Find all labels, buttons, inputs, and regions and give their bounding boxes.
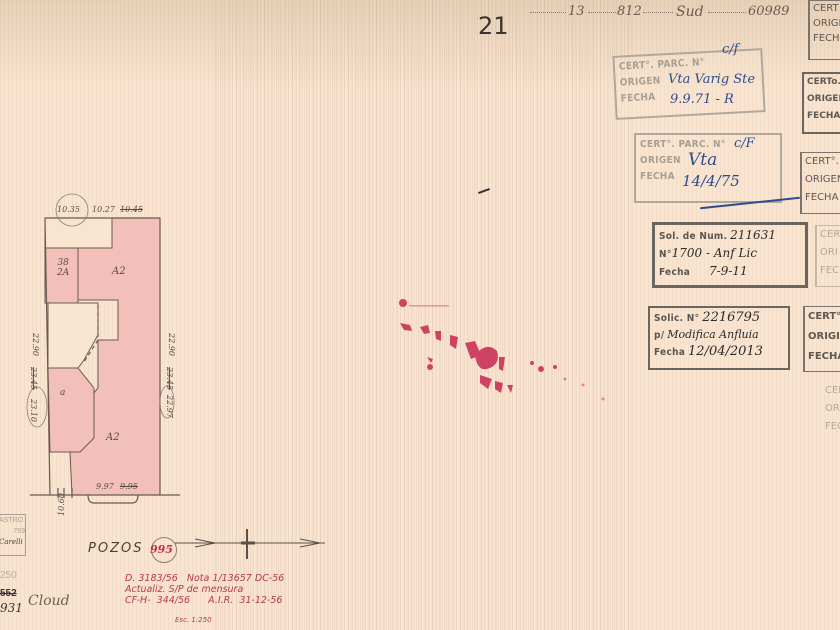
dim-bottom: 9.97 (96, 482, 114, 491)
handwritten-value: 211631 (730, 228, 776, 242)
stamp-line: FECHA (825, 418, 840, 436)
stamp-label: p/ (654, 330, 664, 341)
signature: Cloud (28, 593, 70, 609)
stamp-line: ORIGE (813, 16, 840, 31)
handwritten-value: 12/04/2013 (688, 344, 763, 359)
margin-number-struck: 552 (0, 588, 17, 599)
handwritten-value: 2216795 (702, 310, 760, 325)
edge-stamp: CERT°. ORIGEN FECHA (800, 152, 840, 214)
dotted-leader (588, 12, 616, 13)
street-number: 995 (150, 543, 173, 556)
area-label-a: a (60, 388, 65, 398)
stamp-line: CERT°. P (825, 382, 840, 400)
margin-number: 250 (0, 570, 17, 581)
stamp-line: ORIGI (808, 327, 840, 347)
handwritten-note: Vta (688, 150, 717, 170)
margin-stamp: ASTRO 769 Carelli (0, 514, 26, 556)
handwritten-value: Modifica Anfluia (667, 328, 759, 341)
edge-stamp: CERT ORIGE FECH (808, 0, 840, 60)
dim-right-circled: 22.97 (165, 395, 174, 418)
area-label-a2-lower: A2 (106, 432, 120, 443)
dim-top-struck: 10.45 (120, 205, 143, 214)
header-ref-c: Sud (676, 4, 704, 20)
note-line-1: D. 3183/56 Nota 1/13657 DC-56 (125, 573, 284, 584)
lot-plan-drawing (20, 190, 220, 530)
dim-top-circled: 10.35 (57, 205, 80, 214)
stamp-line: CERT (820, 226, 840, 244)
stamp-line: ORIGEN (805, 171, 840, 189)
dotted-leader (708, 12, 746, 13)
dim-right-upper: 22.90 (167, 333, 176, 356)
dim-bottom-struck: 9.95 (120, 482, 138, 491)
note-line-3: CF-H- 344/56 A.I.R. 31-12-56 (125, 595, 284, 606)
area-label-small: 38 2A (57, 258, 69, 278)
stamp-label: Fecha (659, 267, 690, 278)
margin-number: 931 (0, 601, 23, 615)
header-ref-d: 60989 (748, 4, 789, 19)
handwritten-date: 9.9.71 - R (670, 92, 734, 107)
solic-stamp: Solic. N° 2216795 p/ Modifica Anfluia Fe… (648, 306, 790, 370)
stamp-line: ORIGEN (825, 400, 840, 418)
sol-num-stamp: Sol. de Num. 211631 N°1700 - Anf Lic Fec… (652, 222, 808, 288)
stamp-line: CERT°. (808, 307, 840, 327)
stamp-line: FECHA (807, 108, 840, 125)
dim-left-upper: 22.90 (31, 333, 40, 356)
stamp-line: ORI (820, 244, 840, 262)
dim-left-struck: 23.45 (29, 367, 38, 390)
area-label-a2-upper: A2 (112, 266, 126, 277)
dim-top-current: 10.27 (92, 205, 115, 214)
note-line-2: Actualiz. S/P de mensura (125, 584, 284, 595)
handwritten-note: c/f (722, 42, 738, 57)
stamp-line: ASTRO (0, 515, 25, 526)
stamp-label: Solic. N° (654, 313, 699, 324)
dim-left-circled: 23.10 (29, 399, 38, 422)
dim-bottom-left: 10.60 (57, 493, 66, 516)
stamp-line: FECHA (805, 189, 840, 207)
stamp-label: Fecha (654, 347, 685, 358)
stamp-line: FECHA (808, 347, 840, 367)
red-smear-stamp (395, 295, 615, 405)
stamp-line: 769 (0, 526, 25, 537)
edge-stamp: CERT°. P ORIGEN FECHA (822, 382, 840, 444)
street-axis-arrows (175, 527, 335, 561)
edge-stamp: CERTo. P ORIGEN FECHA (802, 72, 840, 134)
header-ref-a: 13 (568, 4, 585, 19)
edge-stamp: CERT ORI FEC (815, 225, 840, 287)
survey-notes: D. 3183/56 Nota 1/13657 DC-56Actualiz. S… (125, 573, 284, 606)
handwritten-value: 7-9-11 (709, 264, 748, 278)
street-name: POZOS (88, 541, 143, 556)
handwritten-note: Vta Varig Ste (668, 72, 755, 87)
handwritten-date: 14/4/75 (682, 172, 740, 190)
stamp-line: FECH (813, 31, 840, 46)
header-ref-b: 812 (617, 4, 642, 19)
stamp-label: N° (659, 249, 672, 260)
handwritten-value: 1700 - Anf Lic (672, 246, 757, 260)
page-number: 21 (478, 12, 509, 40)
stamp-line: CERTo. P (807, 74, 840, 91)
dotted-leader (530, 12, 566, 13)
stamp-line: FEC (820, 262, 840, 280)
dotted-leader (643, 12, 673, 13)
stamp-line: Carelli (0, 537, 25, 548)
stamp-line: CERT°. (805, 153, 840, 171)
dim-right-struck: 23.45 (165, 367, 174, 390)
stamp-line: CERT (813, 1, 840, 16)
edge-stamp: CERT°. ORIGI FECHA (803, 306, 840, 372)
scale-note: Esc. 1:250 (175, 616, 212, 624)
handwritten-note: c/F (734, 136, 755, 151)
stamp-label: Sol. de Num. (659, 231, 727, 242)
stamp-line: ORIGEN (807, 91, 840, 108)
